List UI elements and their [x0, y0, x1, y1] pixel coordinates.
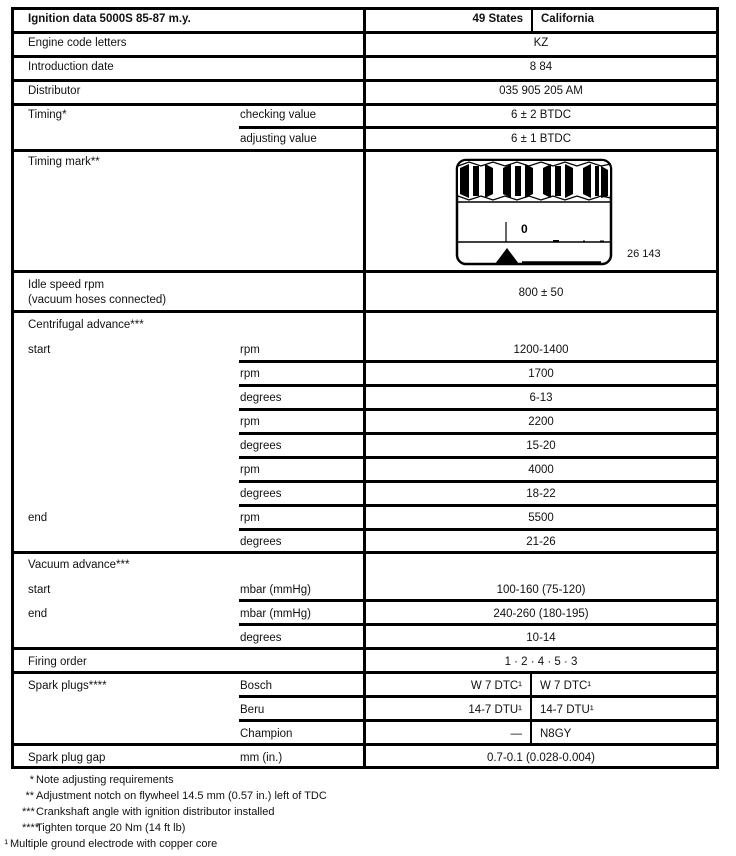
distributor-label: Distributor — [28, 84, 80, 98]
spark-plug-california: N8GY — [540, 727, 571, 741]
centrifugal-value: 1200-1400 — [366, 343, 716, 357]
centrifugal-value: 21-26 — [366, 535, 716, 549]
figure-number: 26 143 — [627, 247, 661, 261]
footnote: **Adjustment notch on flywheel 14.5 mm (… — [22, 789, 327, 803]
vacuum-end-label: end — [28, 607, 47, 621]
footnote: ¹Multiple ground electrode with copper c… — [4, 837, 217, 851]
centrifugal-value: 18-22 — [366, 487, 716, 501]
column-header-california: California — [541, 12, 594, 26]
vacuum-advance-label: Vacuum advance*** — [28, 558, 129, 572]
plug-gap-value: 0.7-0.1 (0.028-0.004) — [366, 751, 716, 765]
centrifugal-value: 4000 — [366, 463, 716, 477]
centrifugal-value: 6-13 — [366, 391, 716, 405]
distributor-value: 035 905 205 AM — [366, 84, 716, 98]
timing-checking-value: 6 ± 2 BTDC — [366, 108, 716, 122]
spark-plug-brand: Champion — [240, 727, 292, 741]
idle-speed-value: 800 ± 50 — [366, 286, 716, 300]
footnote: ****Tighten torque 20 Nm (14 ft lb) — [22, 821, 185, 835]
flywheel-teeth-icon — [458, 161, 611, 202]
vacuum-unit: degrees — [240, 631, 282, 645]
idle-speed-sublabel: (vacuum hoses connected) — [28, 293, 166, 307]
engine-code-value: KZ — [366, 36, 716, 50]
column-header-49-states: 49 States — [366, 12, 523, 26]
timing-zero-mark: 0 — [521, 222, 528, 236]
timing-adjusting-label: adjusting value — [240, 132, 317, 146]
vacuum-unit: mbar (mmHg) — [240, 583, 311, 597]
spark-plug-49-states: — — [366, 727, 522, 741]
spark-plug-split — [530, 672, 532, 744]
firing-order-value: 1 · 2 · 4 · 5 · 3 — [366, 655, 716, 669]
intro-date-value: 8 84 — [366, 60, 716, 74]
spark-plug-brand: Beru — [240, 703, 264, 717]
engine-code-label: Engine code letters — [28, 36, 126, 50]
centrifugal-advance-label: Centrifugal advance*** — [28, 318, 144, 332]
centrifugal-start-label: start — [28, 343, 50, 357]
centrifugal-unit: rpm — [240, 415, 260, 429]
centrifugal-value: 2200 — [366, 415, 716, 429]
spark-plug-49-states: W 7 DTC¹ — [366, 679, 522, 693]
centrifugal-unit: degrees — [240, 439, 282, 453]
header-split — [531, 10, 533, 32]
centrifugal-unit: rpm — [240, 343, 260, 357]
centrifugal-unit: degrees — [240, 487, 282, 501]
timing-label: Timing* — [28, 108, 67, 122]
spark-plugs-label: Spark plugs**** — [28, 679, 107, 693]
table-title: Ignition data 5000S 85-87 m.y. — [28, 12, 191, 26]
vacuum-start-label: start — [28, 583, 50, 597]
timing-adjusting-value: 6 ± 1 BTDC — [366, 132, 716, 146]
centrifugal-value: 15-20 — [366, 439, 716, 453]
idle-speed-label: Idle speed rpm — [28, 278, 104, 292]
vacuum-value: 240-260 (180-195) — [366, 607, 716, 621]
vacuum-value: 10-14 — [366, 631, 716, 645]
spark-plug-california: 14-7 DTU¹ — [540, 703, 594, 717]
centrifugal-unit: degrees — [240, 535, 282, 549]
ignition-data-sheet: Ignition data 5000S 85-87 m.y. 49 States… — [0, 0, 736, 856]
footnote: ***Crankshaft angle with ignition distri… — [22, 805, 274, 819]
centrifugal-unit: rpm — [240, 511, 260, 525]
plug-gap-label: Spark plug gap — [28, 751, 105, 765]
spark-plug-brand: Bosch — [240, 679, 272, 693]
timing-mark-label: Timing mark** — [28, 155, 100, 169]
centrifugal-value: 1700 — [366, 367, 716, 381]
vacuum-unit: mbar (mmHg) — [240, 607, 311, 621]
spark-plug-california: W 7 DTC¹ — [540, 679, 591, 693]
plug-gap-unit: mm (in.) — [240, 751, 282, 765]
centrifugal-unit: rpm — [240, 463, 260, 477]
flywheel-timing-mark-figure: 0 — [455, 158, 615, 268]
intro-date-label: Introduction date — [28, 60, 114, 74]
centrifugal-end-label: end — [28, 511, 47, 525]
timing-checking-label: checking value — [240, 108, 316, 122]
centrifugal-unit: rpm — [240, 367, 260, 381]
centrifugal-unit: degrees — [240, 391, 282, 405]
spark-plug-49-states: 14-7 DTU¹ — [366, 703, 522, 717]
firing-order-label: Firing order — [28, 655, 87, 669]
footnote: *Note adjusting requirements — [22, 773, 174, 787]
vacuum-value: 100-160 (75-120) — [366, 583, 716, 597]
centrifugal-value: 5500 — [366, 511, 716, 525]
